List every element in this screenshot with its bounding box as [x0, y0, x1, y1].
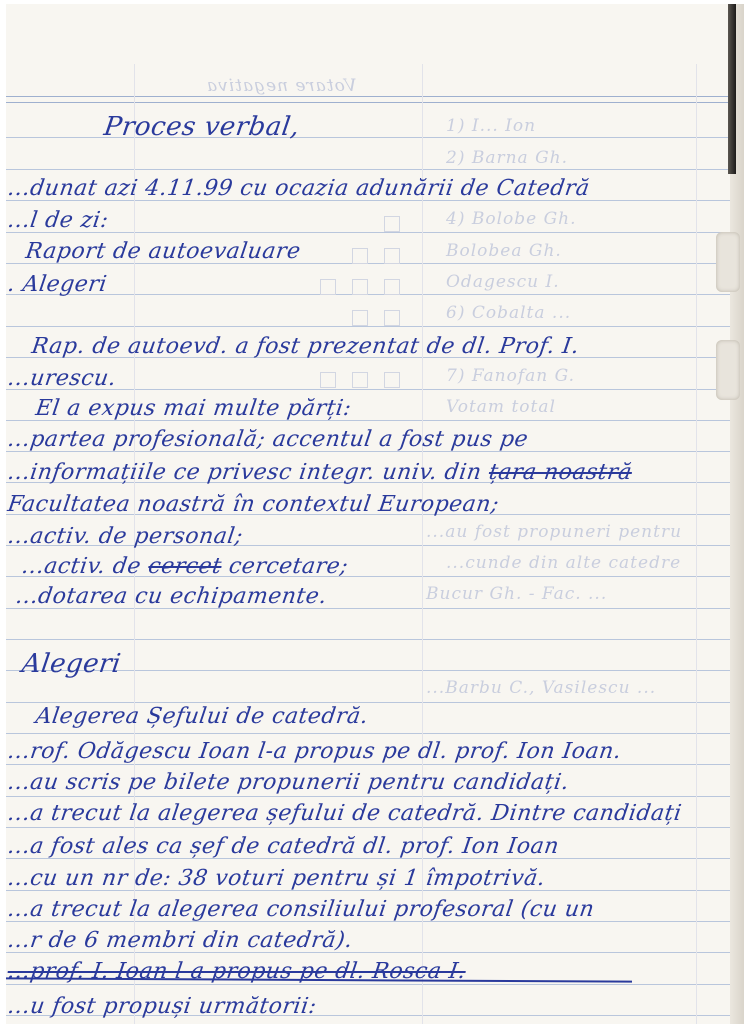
double-rule-bottom — [6, 102, 730, 103]
handwritten-line: ...activ. de cercet cercetare; — [20, 554, 350, 579]
bleed-checkbox — [352, 248, 368, 264]
rule — [6, 733, 730, 734]
handwritten-line: . Alegeri — [6, 272, 109, 297]
bleed-name: ...Barbu C., Vasilescu ... — [426, 678, 656, 698]
handwritten-line: ...a trecut la alegerea consiliului prof… — [6, 897, 596, 922]
line-text: cercetare; — [227, 554, 350, 579]
bleed-checkbox — [384, 216, 400, 232]
bleed-checkbox — [352, 372, 368, 388]
handwritten-line: ...informațiile ce privesc integr. univ.… — [6, 460, 634, 485]
handwritten-line: ...au scris pe bilete propunerii pentru … — [6, 770, 571, 795]
handwritten-line: ...dunat azi 4.11.99 cu ocazia adunării … — [6, 176, 591, 201]
bleed-name: ...cunde din alte catedre — [446, 553, 681, 573]
rule — [6, 796, 730, 797]
rule — [6, 984, 730, 985]
rule — [6, 827, 730, 828]
handwritten-line: ...partea profesională; accentul a fost … — [6, 427, 530, 452]
handwritten-line: ...r de 6 membri din catedră). — [6, 928, 354, 953]
notebook-page: Votare negativa 1) I... Ion 2) Barna Gh.… — [6, 4, 730, 1024]
bleed-heading: Votare negativa — [206, 76, 357, 96]
rule — [6, 294, 730, 295]
bleed-checkbox — [320, 279, 336, 295]
bleed-checkbox — [384, 248, 400, 264]
bleed-name: Odagescu I. — [446, 272, 560, 292]
handwritten-line: ...dotarea cu echipamente. — [14, 584, 329, 609]
handwritten-line: ...l de zi: — [6, 208, 110, 233]
bleed-name: 2) Barna Gh. — [446, 148, 568, 168]
handwritten-line: ...a fost ales ca șef de catedră dl. pro… — [6, 834, 561, 859]
handwritten-line: ...a trecut la alegerea șefului de cated… — [6, 801, 683, 826]
torn-paper-edge — [716, 340, 740, 400]
handwritten-line: Alegerea Șefului de catedră. — [34, 704, 370, 729]
bleed-name: 6) Cobalta ... — [446, 303, 571, 323]
bleed-name: ...au fost propuneri pentru — [426, 522, 682, 542]
handwritten-line: Rap. de autoevd. a fost prezentat de dl.… — [30, 334, 581, 359]
bleed-name: Bolobea Gh. — [446, 241, 562, 261]
bleed-checkbox — [384, 279, 400, 295]
handwritten-line: ...rof. Odăgescu Ioan l-a propus pe dl. … — [6, 739, 623, 764]
double-rule-top — [6, 96, 730, 97]
line-text: ...informațiile ce privesc integr. univ.… — [6, 460, 483, 485]
rule — [6, 326, 730, 327]
struck-text: țara noastră — [487, 460, 633, 485]
bleed-name: 4) Bolobe Gh. — [446, 209, 577, 229]
rule — [6, 232, 730, 233]
rule — [6, 169, 730, 170]
rule — [6, 639, 730, 640]
torn-paper-edge — [716, 232, 740, 292]
handwritten-line: ...cu un nr de: 38 voturi pentru și 1 îm… — [6, 866, 547, 891]
handwritten-line: ...activ. de personal; — [6, 524, 245, 549]
handwritten-line: ...u fost propuși următorii: — [6, 994, 318, 1019]
bleed-name: 1) I... Ion — [446, 116, 536, 136]
struck-text: cercet — [147, 554, 224, 579]
bleed-name: Votam total — [446, 397, 556, 417]
bleed-checkbox — [384, 372, 400, 388]
bleed-name: Bucur Gh. - Fac. ... — [426, 584, 607, 604]
bleed-checkbox — [352, 279, 368, 295]
bleed-checkbox — [352, 310, 368, 326]
handwritten-line: ...urescu. — [6, 366, 118, 391]
line-text: ...activ. de — [20, 554, 143, 579]
binding-shadow — [728, 4, 736, 174]
rule — [6, 764, 730, 765]
bleed-column-line — [696, 64, 697, 1024]
bleed-name: 7) Fanofan G. — [446, 366, 575, 386]
section-heading: Alegeri — [20, 649, 123, 679]
handwritten-line: Facultatea noastră în contextul European… — [6, 492, 501, 517]
handwritten-line: Raport de autoevaluare — [24, 239, 302, 264]
bleed-checkbox — [384, 310, 400, 326]
rule — [6, 702, 730, 703]
handwritten-line: El a expus mai multe părți: — [34, 396, 353, 421]
bleed-checkbox — [320, 372, 336, 388]
document-title: Proces verbal, — [102, 112, 302, 142]
